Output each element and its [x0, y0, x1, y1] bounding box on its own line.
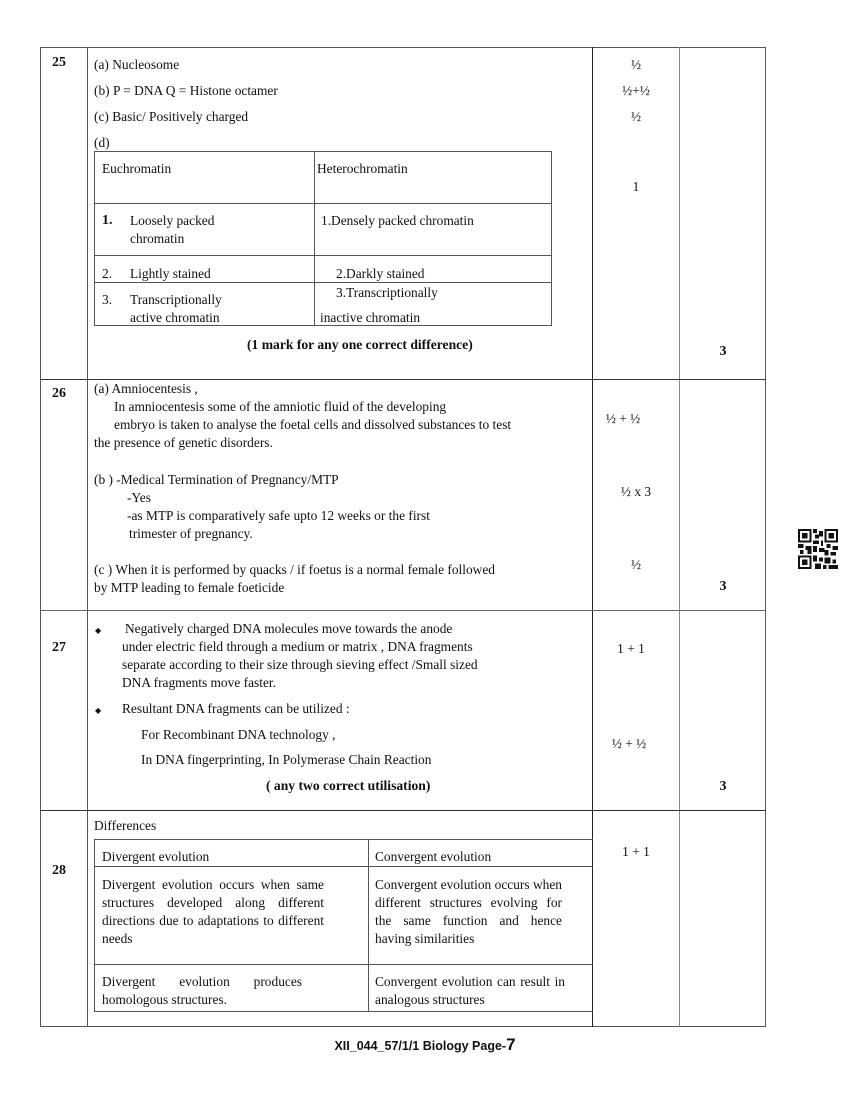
divider	[679, 47, 680, 1027]
answer-line: by MTP leading to female foeticide	[94, 580, 284, 596]
table-cell: Loosely packed	[130, 212, 214, 230]
table-cell: 3.Transcriptionally	[336, 284, 438, 302]
question-number: 27	[52, 640, 66, 656]
answer-line: In DNA fingerprinting, In Polymerase Cha…	[141, 752, 431, 768]
table-cell: active chromatin	[130, 309, 220, 327]
qr-code-icon	[798, 529, 838, 569]
marks-value: 1 + 1	[593, 844, 679, 860]
bullet-icon: ◆	[95, 626, 101, 635]
marks-value: ½	[593, 57, 679, 73]
bullet-icon: ◆	[95, 706, 101, 715]
total-marks: 3	[680, 579, 766, 595]
answer-line: For Recombinant DNA technology ,	[141, 727, 336, 743]
answer-line: under electric field through a medium or…	[122, 639, 473, 655]
table-cell: 1.Densely packed chromatin	[321, 212, 474, 230]
marks-value: ½ + ½	[580, 411, 666, 427]
answer-line: (a) Amniocentesis ,	[94, 381, 198, 397]
document-code: XII_044_57/1/1 Biology Page-	[334, 1039, 506, 1053]
table-cell: Convergent evolution occurs when differe…	[375, 876, 562, 948]
marks-value: ½	[593, 557, 679, 573]
table-header: Divergent evolution	[102, 848, 209, 866]
section-heading: Differences	[94, 818, 156, 834]
answer-line: -as MTP is comparatively safe upto 12 we…	[127, 508, 430, 524]
answer-line: separate according to their size through…	[122, 657, 478, 673]
table-cell: chromatin	[130, 230, 184, 248]
table-header: Heterochromatin	[317, 160, 408, 178]
marking-note: ( any two correct utilisation)	[266, 778, 430, 794]
divider	[40, 379, 766, 380]
divider	[40, 810, 766, 811]
marks-value: ½ + ½	[586, 736, 672, 752]
table-cell: Lightly stained	[130, 265, 211, 283]
page-number: 7	[506, 1035, 515, 1054]
answer-line: the presence of genetic disorders.	[94, 435, 273, 451]
answer-line: DNA fragments move faster.	[122, 675, 276, 691]
table-cell: Transcriptionally	[130, 291, 222, 309]
answer-line: (d)	[94, 135, 110, 151]
answer-line: (a) Nucleosome	[94, 57, 179, 73]
answer-line: Resultant DNA fragments can be utilized …	[122, 701, 350, 717]
divider	[40, 610, 766, 611]
question-number: 28	[52, 863, 66, 879]
table-cell: 2.Darkly stained	[336, 265, 425, 283]
table-header: Euchromatin	[102, 160, 171, 178]
total-marks: 3	[680, 779, 766, 795]
total-marks: 3	[680, 344, 766, 360]
marks-value: ½+½	[593, 83, 679, 99]
table-header: Convergent evolution	[375, 848, 491, 866]
answer-line: embryo is taken to analyse the foetal ce…	[114, 417, 511, 433]
row-number: 2.	[102, 265, 112, 283]
marks-value: 1	[593, 179, 679, 195]
table-cell: Divergent evolution produces homologous …	[102, 973, 302, 1009]
question-number: 26	[52, 386, 66, 402]
answer-line: (b ) -Medical Termination of Pregnancy/M…	[94, 472, 339, 488]
marking-note: (1 mark for any one correct difference)	[247, 337, 473, 353]
answer-line: In amniocentesis some of the amniotic fl…	[114, 399, 446, 415]
row-number: 3.	[102, 291, 112, 309]
answer-line: Negatively charged DNA molecules move to…	[125, 621, 452, 637]
page-footer: XII_044_57/1/1 Biology Page-7	[0, 1035, 850, 1055]
answer-line: (b) P = DNA Q = Histone octamer	[94, 83, 278, 99]
answer-line: (c ) When it is performed by quacks / if…	[94, 562, 495, 578]
table-cell: inactive chromatin	[320, 309, 420, 327]
answer-line: trimester of pregnancy.	[129, 526, 253, 542]
marks-value: ½ x 3	[593, 484, 679, 500]
row-number: 1.	[102, 212, 113, 230]
answer-line: (c) Basic/ Positively charged	[94, 109, 248, 125]
table-cell: Convergent evolution can result in analo…	[375, 973, 565, 1009]
table-cell: Divergent evolution occurs when same str…	[102, 876, 324, 948]
marks-value: ½	[593, 109, 679, 125]
question-number: 25	[52, 55, 66, 71]
divider	[87, 47, 88, 1027]
answer-line: -Yes	[127, 490, 151, 506]
marks-value: 1 + 1	[588, 641, 674, 657]
